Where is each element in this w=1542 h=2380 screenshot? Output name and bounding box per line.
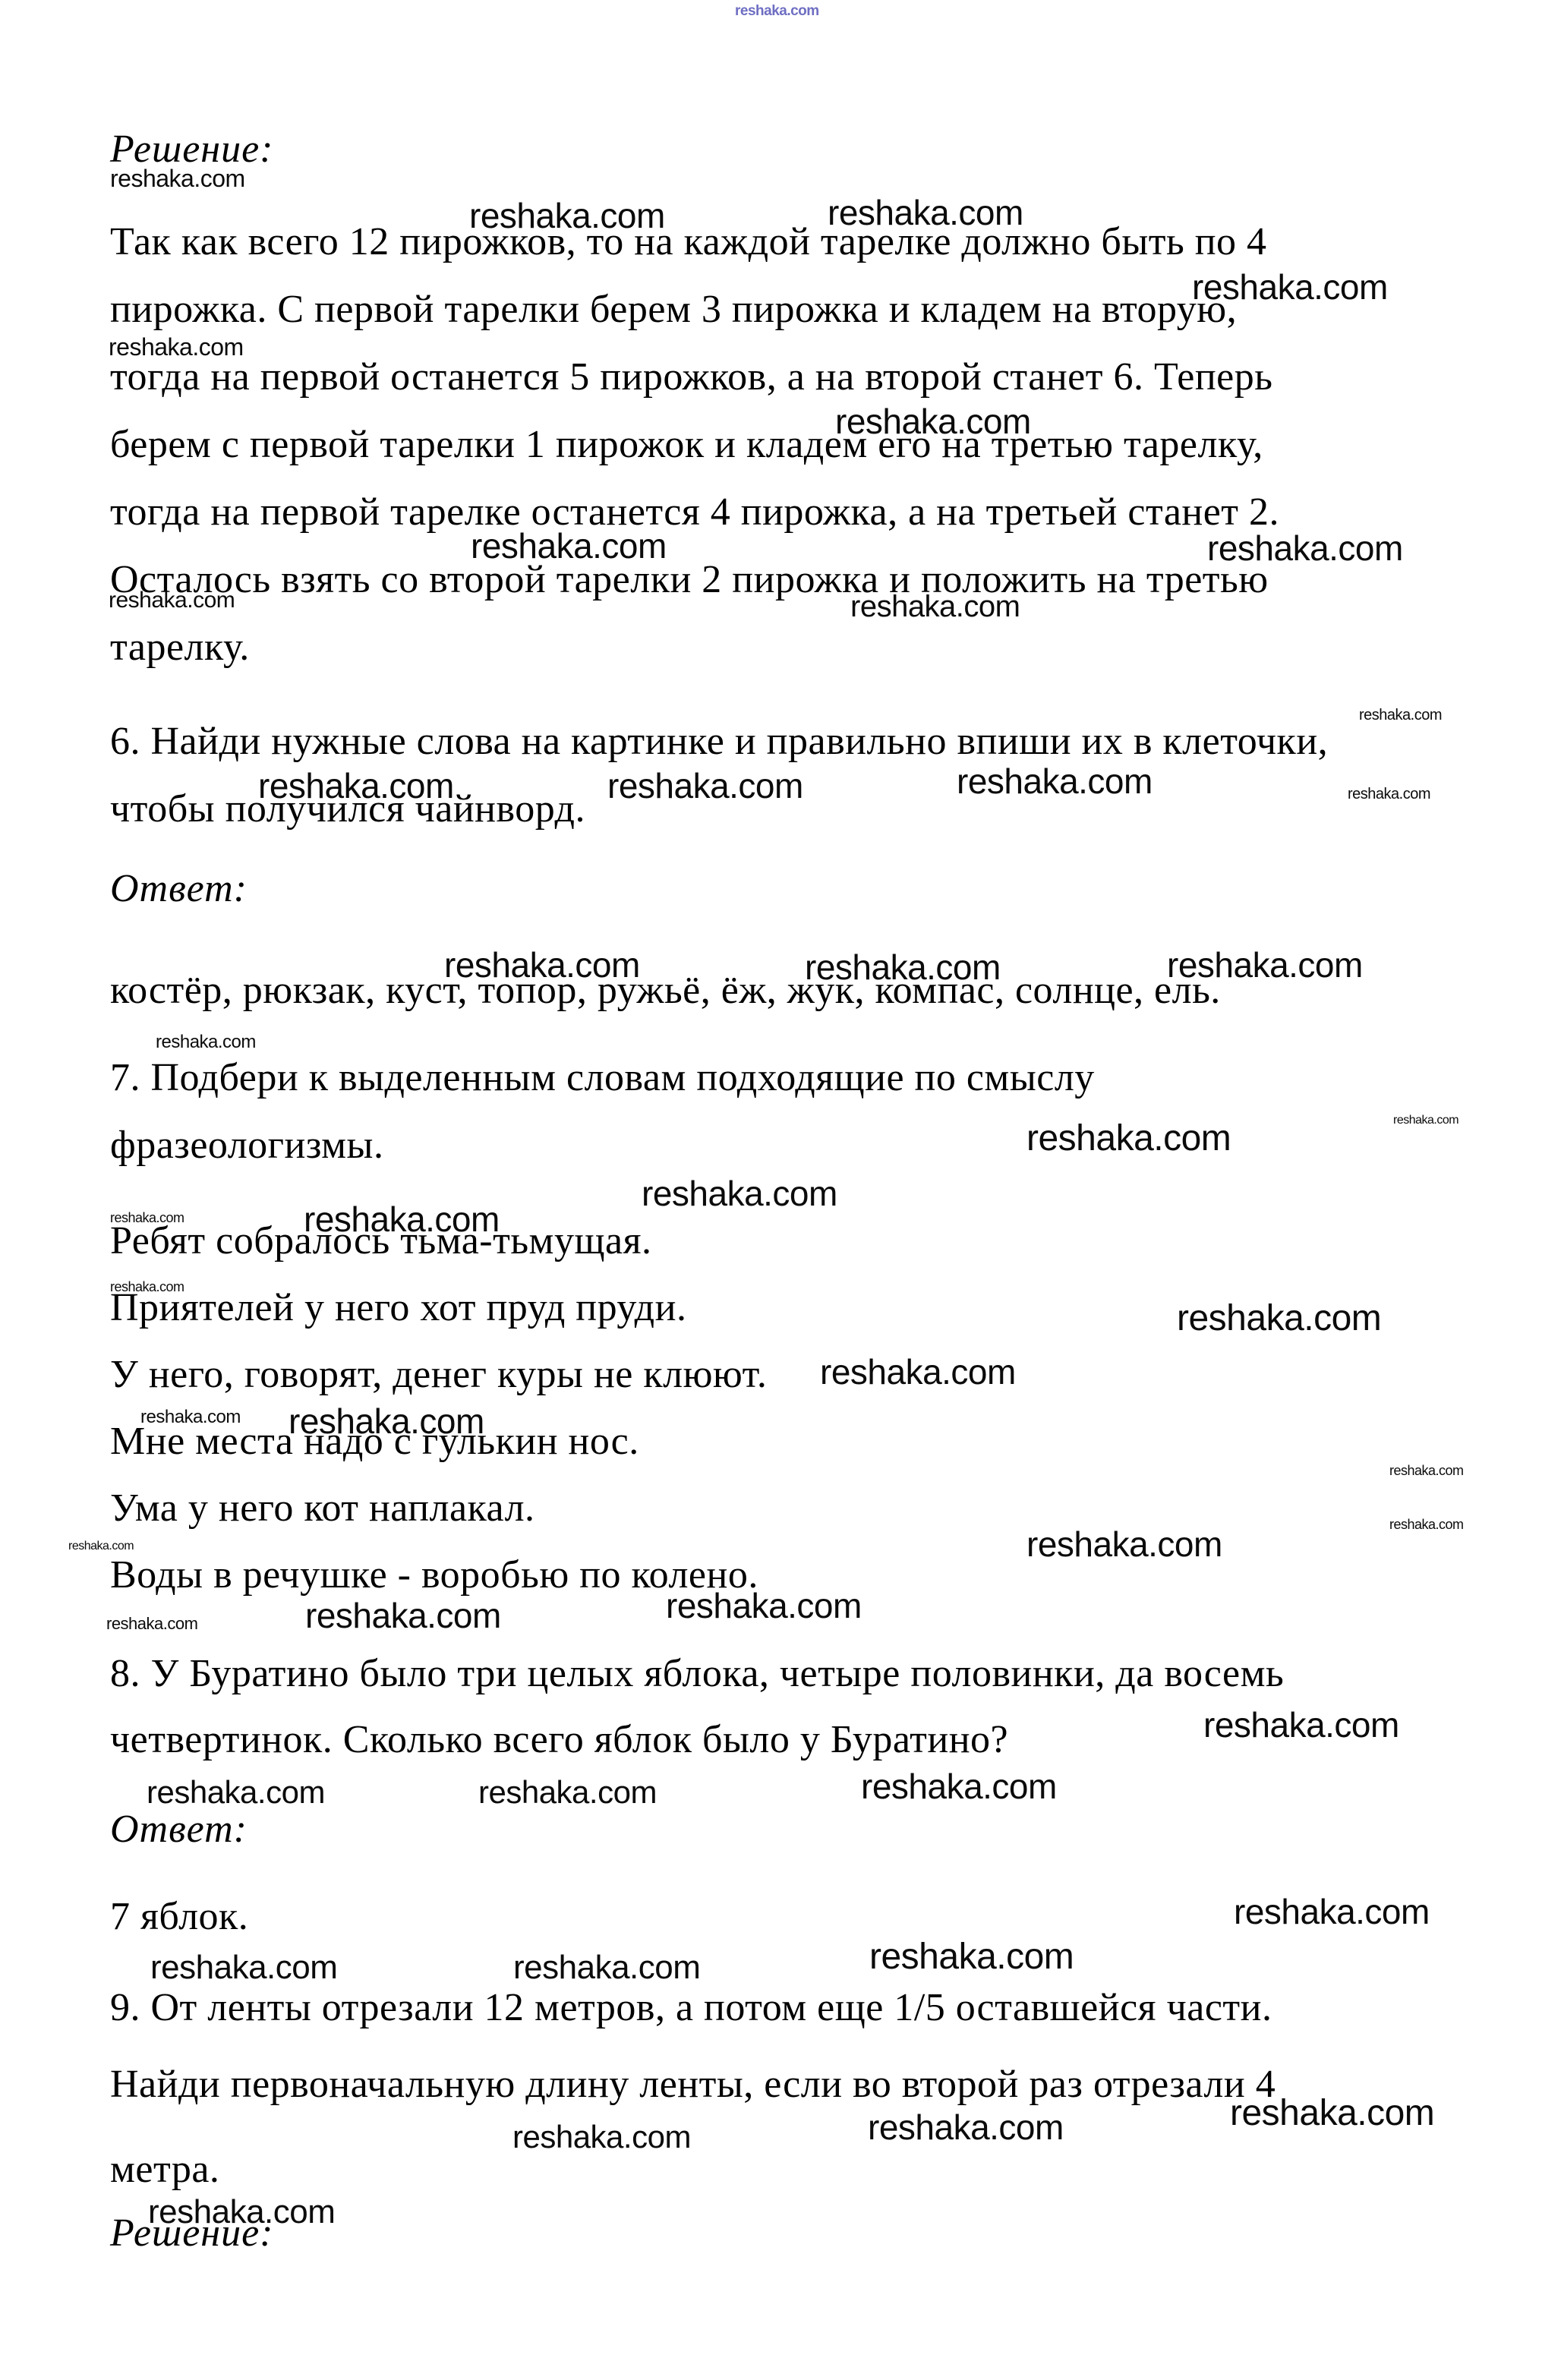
watermark: reshaka.com: [444, 947, 640, 982]
text-line: 8. У Буратино было три целых яблока, чет…: [110, 1652, 1284, 1695]
watermark: reshaka.com: [607, 768, 803, 803]
watermark: reshaka.com: [156, 1033, 256, 1051]
watermark: reshaka.com: [289, 1404, 484, 1439]
watermark: reshaka.com: [1348, 787, 1430, 802]
text-line: Найди первоначальную длину ленты, если в…: [110, 2063, 1276, 2106]
text-line: метра.: [110, 2148, 219, 2191]
watermark: reshaka.com: [258, 768, 454, 803]
text-line: Так как всего 12 пирожков, то на каждой …: [110, 220, 1267, 263]
watermark: reshaka.com: [850, 591, 1020, 622]
page: Решение:Так как всего 12 пирожков, то на…: [0, 0, 1542, 2380]
text-line: тарелку.: [110, 626, 250, 669]
watermark: reshaka.com: [147, 1776, 325, 1808]
watermark: reshaka.com: [305, 1598, 501, 1633]
watermark: reshaka.com: [1389, 1518, 1464, 1531]
watermark: reshaka.com: [1230, 2095, 1434, 2132]
watermark: reshaka.com: [805, 950, 1001, 985]
watermark: reshaka.com: [1167, 947, 1363, 982]
watermark: reshaka.com: [828, 195, 1023, 230]
watermark: reshaka.com: [1234, 1894, 1430, 1929]
watermark: reshaka.com: [469, 198, 665, 233]
watermark: reshaka.com: [642, 1176, 837, 1211]
watermark: reshaka.com: [1026, 1121, 1231, 1157]
watermark: reshaka.com: [1207, 531, 1403, 566]
watermark: reshaka.com: [109, 335, 244, 359]
text-line: тогда на первой тарелке останется 4 пиро…: [110, 490, 1279, 534]
text-line: У него, говорят, денег куры не клюют.: [110, 1353, 767, 1396]
watermark: reshaka.com: [140, 1408, 241, 1426]
section-heading: Ответ:: [110, 867, 248, 910]
text-line: пирожка. С первой тарелки берем 3 пирожк…: [110, 288, 1237, 331]
watermark: reshaka.com: [110, 166, 245, 191]
text-line: 7 яблок.: [110, 1895, 248, 1938]
text-line: 6. Найди нужные слова на картинке и прав…: [110, 720, 1328, 763]
watermark: reshaka.com: [150, 1951, 337, 1984]
text-line: берем с первой тарелки 1 пирожок и кладе…: [110, 423, 1263, 466]
text-line: Осталось взять со второй тарелки 2 пирож…: [110, 558, 1269, 601]
text-line: тогда на первой останется 5 пирожков, а …: [110, 355, 1272, 399]
section-heading: Ответ:: [110, 1808, 248, 1851]
watermark: reshaka.com: [835, 404, 1031, 439]
text-line: Ума у него кот наплакал.: [110, 1486, 535, 1530]
watermark: reshaka.com: [110, 1280, 184, 1294]
watermark: reshaka.com: [471, 528, 667, 563]
watermark: reshaka.com: [861, 1769, 1057, 1804]
text-line: 9. От ленты отрезали 12 метров, а потом …: [110, 1986, 1272, 2029]
watermark: reshaka.com: [106, 1616, 197, 1632]
watermark: reshaka.com: [957, 764, 1153, 799]
watermark: reshaka.com: [820, 1354, 1016, 1389]
watermark: reshaka.com: [304, 1202, 500, 1237]
watermark: reshaka.com: [148, 2196, 335, 2229]
text-line: Воды в речушке - воробью по колено.: [110, 1553, 758, 1597]
watermark: reshaka.com: [1192, 270, 1388, 304]
text-line: фразеологизмы.: [110, 1124, 383, 1167]
watermark: reshaka.com: [512, 2121, 691, 2153]
watermark: reshaka.com: [1026, 1527, 1222, 1562]
watermark: reshaka.com: [666, 1588, 862, 1623]
watermark: reshaka.com: [869, 1939, 1074, 1975]
watermark: reshaka.com: [1203, 1707, 1399, 1742]
watermark-blue: reshaka.com: [735, 4, 819, 18]
watermark: reshaka.com: [109, 589, 235, 612]
watermark: reshaka.com: [68, 1540, 134, 1553]
watermark: reshaka.com: [1389, 1464, 1464, 1477]
watermark: reshaka.com: [1177, 1300, 1381, 1337]
watermark: reshaka.com: [868, 2110, 1064, 2145]
text-line: костёр, рюкзак, куст, топор, ружьё, ёж, …: [110, 969, 1221, 1012]
watermark: reshaka.com: [513, 1951, 700, 1984]
watermark: reshaka.com: [1393, 1114, 1458, 1127]
text-line: Приятелей у него хот пруд пруди.: [110, 1286, 686, 1329]
watermark: reshaka.com: [478, 1776, 657, 1808]
watermark: reshaka.com: [1359, 708, 1442, 723]
watermark: reshaka.com: [110, 1211, 184, 1225]
text-line: четвертинок. Сколько всего яблок было у …: [110, 1718, 1008, 1761]
text-line: 7. Подбери к выделенным словам подходящи…: [110, 1056, 1095, 1099]
